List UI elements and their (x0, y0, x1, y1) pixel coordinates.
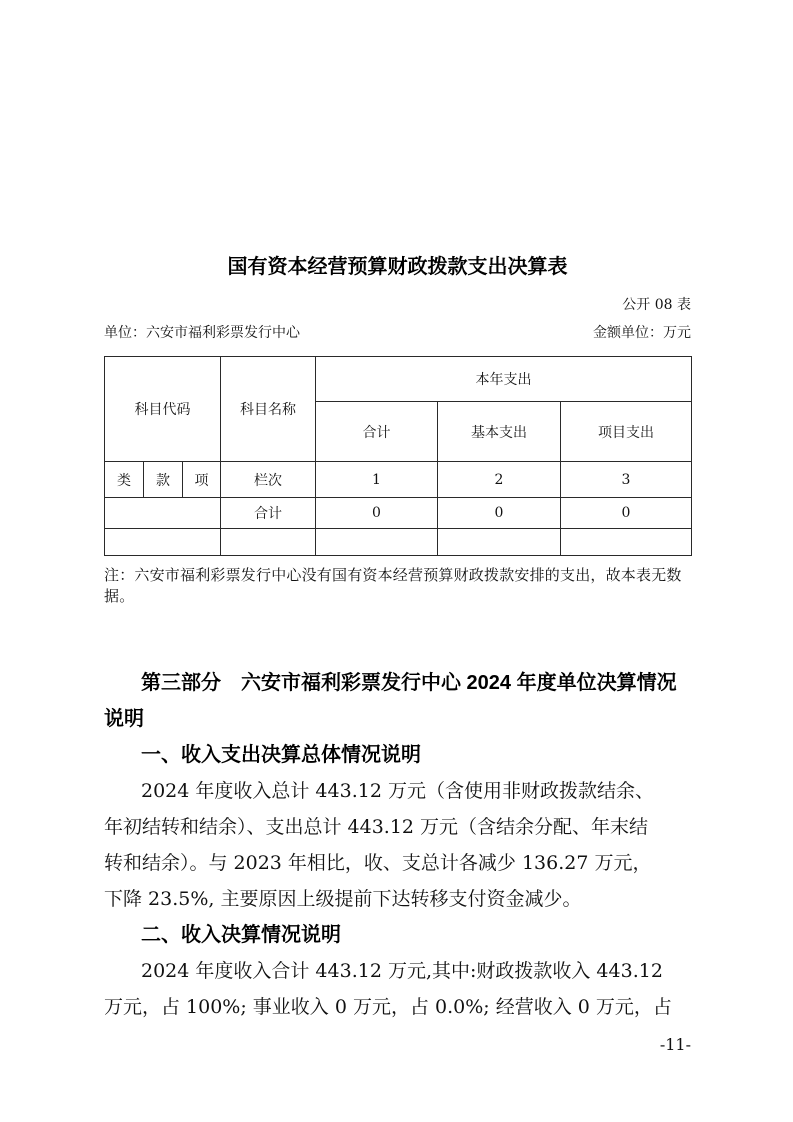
cell-total-value-2: 0 (438, 498, 561, 529)
section1-heading: 一、收入支出决算总体情况说明 (104, 737, 691, 773)
expenditure-table: 科目代码 科目名称 本年支出 合计 基本支出 项目支出 类 款 项 栏次 1 2… (104, 356, 692, 556)
header-current-year-expenditure: 本年支出 (316, 357, 692, 402)
para1-line-3: 转和结余）。与 2023 年相比，收、支总计各减少 136.27 万元， (104, 845, 691, 881)
page-content: 国有资本经营预算财政拨款支出决算表 公开 08 表 单位：六安市福利彩票发行中心… (104, 0, 691, 1055)
para1-line-4: 下降 23.5%, 主要原因上级提前下达转移支付资金减少。 (104, 881, 691, 917)
header-basic-expenditure: 基本支出 (438, 402, 561, 462)
cell-item: 项 (183, 462, 221, 498)
document-page: 国有资本经营预算财政拨款支出决算表 公开 08 表 单位：六安市福利彩票发行中心… (0, 0, 793, 1122)
para2-line-2: 万元，占 100%; 事业收入 0 万元，占 0.0%; 经营收入 0 万元，占 (104, 989, 691, 1025)
cell-empty-value-1 (316, 529, 438, 556)
cell-col-index-3: 3 (561, 462, 692, 498)
cell-total-label: 合计 (221, 498, 316, 529)
header-subject-code: 科目代码 (105, 357, 221, 462)
part3-heading-line-2: 说明 (104, 701, 691, 737)
para2-line-1: 2024 年度收入合计 443.12 万元,其中:财政拨款收入 443.12 (104, 953, 691, 989)
cell-empty-value-3 (561, 529, 692, 556)
cell-total-code (105, 498, 221, 529)
table-meta-row: 单位：六安市福利彩票发行中心 金额单位：万元 (104, 323, 691, 343)
page-number: -11- (104, 1035, 691, 1055)
para1-line-2: 年初结转和结余）、支出总计 443.12 万元（含结余分配、年末结 (104, 809, 691, 845)
table-empty-row (105, 529, 692, 556)
cell-empty-code (105, 529, 221, 556)
header-project-expenditure: 项目支出 (561, 402, 692, 462)
page-title: 国有资本经营预算财政拨款支出决算表 (104, 0, 691, 281)
cell-empty-name (221, 529, 316, 556)
table-column-index-row: 类 款 项 栏次 1 2 3 (105, 462, 692, 498)
header-total: 合计 (316, 402, 438, 462)
cell-class: 类 (105, 462, 144, 498)
table-header-row-1: 科目代码 科目名称 本年支出 (105, 357, 692, 402)
header-subject-name: 科目名称 (221, 357, 316, 462)
section2-heading: 二、收入决算情况说明 (104, 917, 691, 953)
part3-heading-line-1: 第三部分 六安市福利彩票发行中心 2024 年度单位决算情况 (104, 665, 691, 701)
cell-col-index-2: 2 (438, 462, 561, 498)
table-note: 注：六安市福利彩票发行中心没有国有资本经营预算财政拨款安排的支出，故本表无数据。 (104, 565, 691, 607)
form-code-label: 公开 08 表 (104, 295, 691, 315)
table-total-row: 合计 0 0 0 (105, 498, 692, 529)
para1-line-1: 2024 年度收入总计 443.12 万元（含使用非财政拨款结余、 (104, 773, 691, 809)
cell-total-value-1: 0 (316, 498, 438, 529)
amount-unit-label: 金额单位：万元 (593, 323, 691, 343)
cell-section: 款 (144, 462, 183, 498)
unit-label: 单位：六安市福利彩票发行中心 (104, 323, 300, 343)
cell-col-index-1: 1 (316, 462, 438, 498)
cell-column-label: 栏次 (221, 462, 316, 498)
cell-total-value-3: 0 (561, 498, 692, 529)
cell-empty-value-2 (438, 529, 561, 556)
narrative-section: 第三部分 六安市福利彩票发行中心 2024 年度单位决算情况 说明 一、收入支出… (104, 665, 691, 1025)
